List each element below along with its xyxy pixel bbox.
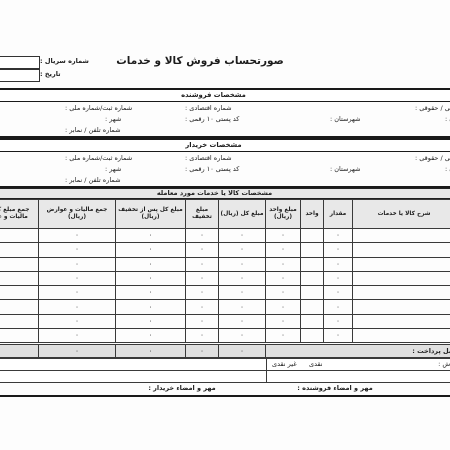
items-table-title: مشخصات کالا یا خدمات مورد معامله: [0, 188, 450, 199]
col-quantity: مقدار: [324, 200, 353, 229]
buyer-registration-label: شماره ثبت/شماره ملی :: [65, 154, 132, 162]
buyer-phone-fax-label: شماره تلفن / نمابر :: [65, 176, 121, 184]
cell-total_after_discount: ۰: [116, 271, 186, 285]
cell-unit_price: ۰: [266, 286, 301, 300]
seller-city-label: شهر :: [105, 115, 121, 123]
cell-tax_duties: ۰: [39, 271, 116, 285]
seller-phone-fax-label: شماره تلفن / نمابر :: [65, 126, 121, 134]
cell-tax_duties: ۰: [39, 286, 116, 300]
cell-description: [353, 314, 450, 328]
cell-unit_price: ۰: [266, 257, 301, 271]
cell-total_after_discount: ۰: [116, 300, 186, 314]
cell-tax_duties: ۰: [39, 300, 116, 314]
cell-total_after_discount: ۰: [116, 229, 186, 243]
cell-grand_total: ۰: [0, 271, 39, 285]
cell-unit_price: ۰: [266, 329, 301, 343]
cell-total: ۰: [219, 300, 266, 314]
buyer-signature-label: مهر و امضاء خریدار :: [142, 384, 222, 392]
seller-section-title: مشخصات فروشنده: [0, 88, 450, 102]
col-grand_total: جمع مبلغ کل بعلاوه جمع مالیات و عوارض (ر…: [0, 200, 39, 229]
buyer-fields: نام شخص حقیقی / حقوقی : شماره اقتصادی : …: [0, 152, 450, 188]
cell-discount: ۰: [186, 243, 219, 257]
cell-grand_total: ۰: [0, 329, 39, 343]
cell-description: [353, 243, 450, 257]
cell-unit_price: ۰: [266, 229, 301, 243]
cell-total: ۰: [219, 286, 266, 300]
table-row: ۰۰۰۰۰۰۰: [0, 257, 450, 271]
cell-quantity: ۰: [324, 243, 353, 257]
invoice-page: شماره سریال : تاریخ : صورتحساب فروش کالا…: [0, 0, 450, 450]
cell-grand_total: ۰: [0, 300, 39, 314]
buyer-section-title: مشخصات خریدار: [0, 138, 450, 152]
seller-postal-code-label: کد پستی ۱۰ رقمی :: [185, 115, 239, 123]
buyer-county-label: شهرستان :: [330, 165, 360, 173]
cell-discount: ۰: [186, 257, 219, 271]
summary-tax-duties: ۰: [39, 345, 116, 358]
cell-description: [353, 271, 450, 285]
cell-quantity: ۰: [324, 286, 353, 300]
date-box: [0, 69, 40, 82]
buyer-city-label: شهر :: [105, 165, 121, 173]
col-discount: مبلغ تخفیف: [186, 200, 219, 229]
buyer-section: مشخصات خریدار نام شخص حقیقی / حقوقی : شم…: [0, 138, 450, 188]
buyer-province-label: استان :: [445, 165, 450, 173]
cell-total: ۰: [219, 243, 266, 257]
cell-discount: ۰: [186, 229, 219, 243]
cell-unit: [301, 257, 324, 271]
serial-number-label: شماره سریال :: [40, 57, 89, 65]
cell-tax_duties: ۰: [39, 229, 116, 243]
cell-total_after_discount: ۰: [116, 286, 186, 300]
table-row: ۰۰۰۰۰۰۰: [0, 314, 450, 328]
cell-quantity: ۰: [324, 257, 353, 271]
cell-unit_price: ۰: [266, 243, 301, 257]
col-unit_price: مبلغ واحد (ریال): [266, 200, 301, 229]
cell-unit: [301, 243, 324, 257]
payment-block: نحوه فروش : نقدی غیر نقدی: [0, 358, 450, 383]
buyer-postal-code-label: کد پستی ۱۰ رقمی :: [185, 165, 239, 173]
cell-description: [353, 329, 450, 343]
cell-description: [353, 286, 450, 300]
cell-discount: ۰: [186, 271, 219, 285]
cell-description: [353, 229, 450, 243]
summary-total: ۰: [219, 345, 266, 358]
cell-tax_duties: ۰: [39, 329, 116, 343]
seller-fields: نام شخص حقیقی / حقوقی : شماره اقتصادی : …: [0, 102, 450, 138]
cell-description: [353, 300, 450, 314]
page-title: صورتحساب فروش کالا و خدمات: [100, 55, 300, 67]
buyer-name-label: نام شخص حقیقی / حقوقی :: [415, 154, 450, 162]
cell-quantity: ۰: [324, 300, 353, 314]
cell-unit: [301, 314, 324, 328]
notes-cell-bottom: [0, 371, 267, 383]
seller-signature-label: مهر و امضاء فروشنده :: [295, 384, 375, 392]
cell-unit: [301, 300, 324, 314]
cell-grand_total: ۰: [0, 286, 39, 300]
summary-grand-total: ۰: [0, 345, 39, 358]
invoice-sheet: شماره سریال : تاریخ : صورتحساب فروش کالا…: [0, 0, 450, 450]
table-row: ۰۰۰۰۰۰۰: [0, 286, 450, 300]
table-row: ۰۰۰۰۰۰۰: [0, 300, 450, 314]
cell-quantity: ۰: [324, 314, 353, 328]
table-row: ۰۰۰۰۰۰۰: [0, 229, 450, 243]
cell-unit: [301, 329, 324, 343]
cell-unit_price: ۰: [266, 314, 301, 328]
cell-total_after_discount: ۰: [116, 314, 186, 328]
cell-tax_duties: ۰: [39, 314, 116, 328]
cell-tax_duties: ۰: [39, 243, 116, 257]
seller-county-label: شهرستان :: [330, 115, 360, 123]
buyer-economic-code-label: شماره اقتصادی :: [185, 154, 232, 162]
sheet-bottom-rule: [0, 395, 450, 397]
summary-row: مبلغ قابل پرداخت : ۰ ۰ ۰ ۰ ۰: [0, 344, 450, 358]
payment-method-cell: نحوه فروش : نقدی غیر نقدی: [267, 359, 450, 371]
cell-discount: ۰: [186, 314, 219, 328]
summary-discount: ۰: [186, 345, 219, 358]
col-tax_duties: جمع مالیات و عوارض (ریال): [39, 200, 116, 229]
seller-province-label: استان :: [445, 115, 450, 123]
cell-grand_total: ۰: [0, 257, 39, 271]
cell-grand_total: ۰: [0, 314, 39, 328]
cell-quantity: ۰: [324, 271, 353, 285]
notes-cell-top: [0, 359, 267, 371]
cell-total: ۰: [219, 271, 266, 285]
table-row: ۰۰۰۰۰۰۰: [0, 329, 450, 343]
cell-unit_price: ۰: [266, 271, 301, 285]
cell-unit_price: ۰: [266, 300, 301, 314]
cell-grand_total: ۰: [0, 229, 39, 243]
cell-discount: ۰: [186, 329, 219, 343]
cell-total: ۰: [219, 257, 266, 271]
payment-cash-option: نقدی: [309, 360, 323, 368]
seller-economic-code-label: شماره اقتصادی :: [185, 104, 232, 112]
payment-cell-bottom: [267, 371, 450, 383]
cell-grand_total: ۰: [0, 243, 39, 257]
cell-description: [353, 257, 450, 271]
serial-number-box: [0, 56, 40, 69]
col-description: شرح کالا یا خدمات: [353, 200, 450, 229]
seller-name-label: نام شخص حقیقی / حقوقی :: [415, 104, 450, 112]
seller-section: مشخصات فروشنده نام شخص حقیقی / حقوقی : ش…: [0, 88, 450, 138]
cell-total: ۰: [219, 229, 266, 243]
table-row: ۰۰۰۰۰۰۰: [0, 243, 450, 257]
date-label: تاریخ :: [40, 70, 61, 78]
table-row: ۰۰۰۰۰۰۰: [0, 271, 450, 285]
cell-unit: [301, 286, 324, 300]
payment-noncash-option: غیر نقدی: [272, 360, 297, 368]
col-total: مبلغ کل (ریال): [219, 200, 266, 229]
cell-quantity: ۰: [324, 329, 353, 343]
cell-total: ۰: [219, 314, 266, 328]
cell-quantity: ۰: [324, 229, 353, 243]
cell-total_after_discount: ۰: [116, 257, 186, 271]
cell-total_after_discount: ۰: [116, 329, 186, 343]
cell-unit: [301, 271, 324, 285]
cell-total_after_discount: ۰: [116, 243, 186, 257]
cell-unit: [301, 229, 324, 243]
summary-total-after-discount: ۰: [116, 345, 186, 358]
col-unit: واحد: [301, 200, 324, 229]
cell-total: ۰: [219, 329, 266, 343]
seller-registration-label: شماره ثبت/شماره ملی :: [65, 104, 132, 112]
cell-tax_duties: ۰: [39, 257, 116, 271]
amount-payable-label: مبلغ قابل پرداخت :: [266, 345, 450, 358]
items-header-row: شرح کالا یا خدماتمقدارواحدمبلغ واحد (ریا…: [0, 200, 450, 229]
cell-discount: ۰: [186, 286, 219, 300]
col-total_after_discount: مبلغ کل پس از تخفیف (ریال): [116, 200, 186, 229]
payment-method-label: نحوه فروش :: [438, 360, 450, 368]
cell-discount: ۰: [186, 300, 219, 314]
items-table: شرح کالا یا خدماتمقدارواحدمبلغ واحد (ریا…: [0, 199, 450, 343]
